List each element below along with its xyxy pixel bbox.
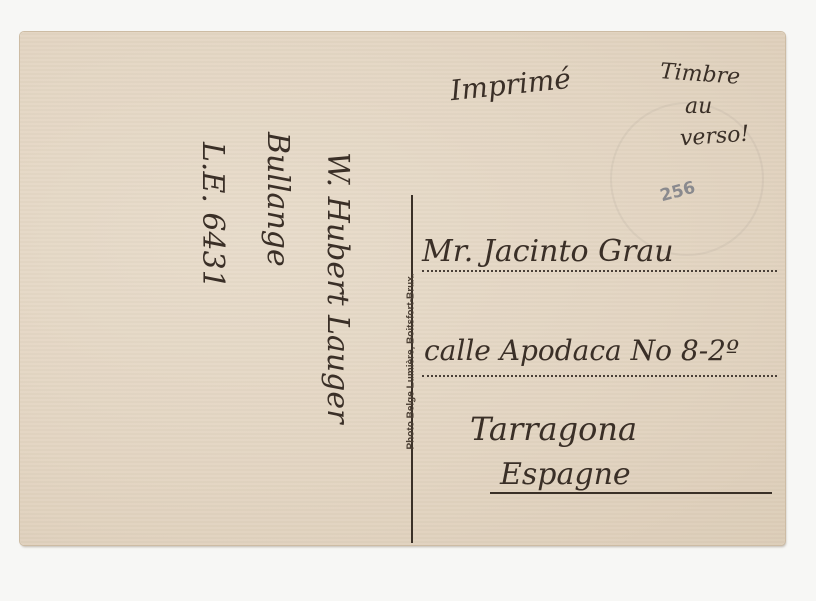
address-name: Mr. Jacinto Grau [422,234,674,269]
stamp-note-line-1: Timbre [659,59,741,90]
postcard-back: Imprimé Timbre au verso! 256 Photo Belge… [20,32,785,545]
printed-matter-note: Imprimé [449,62,573,107]
address-city: Tarragona [470,410,637,448]
stamp-note-line-2: au [685,94,712,119]
publisher-imprint: Photo Belge Lumière, Boitsfort-Brux. [406,290,417,450]
address-line-2 [422,375,777,377]
address-street: calle Apodaca No 8-2º [424,334,739,367]
sender-name: W. Hubert Lauger [320,152,355,423]
address-country: Espagne [500,457,631,492]
sender-town: Bullange [260,132,295,267]
address-line-1 [422,270,777,272]
address-line-3 [490,492,772,494]
stamp-note-line-3: verso! [679,122,750,152]
sender-ref: L.E. 6431 [195,142,230,289]
